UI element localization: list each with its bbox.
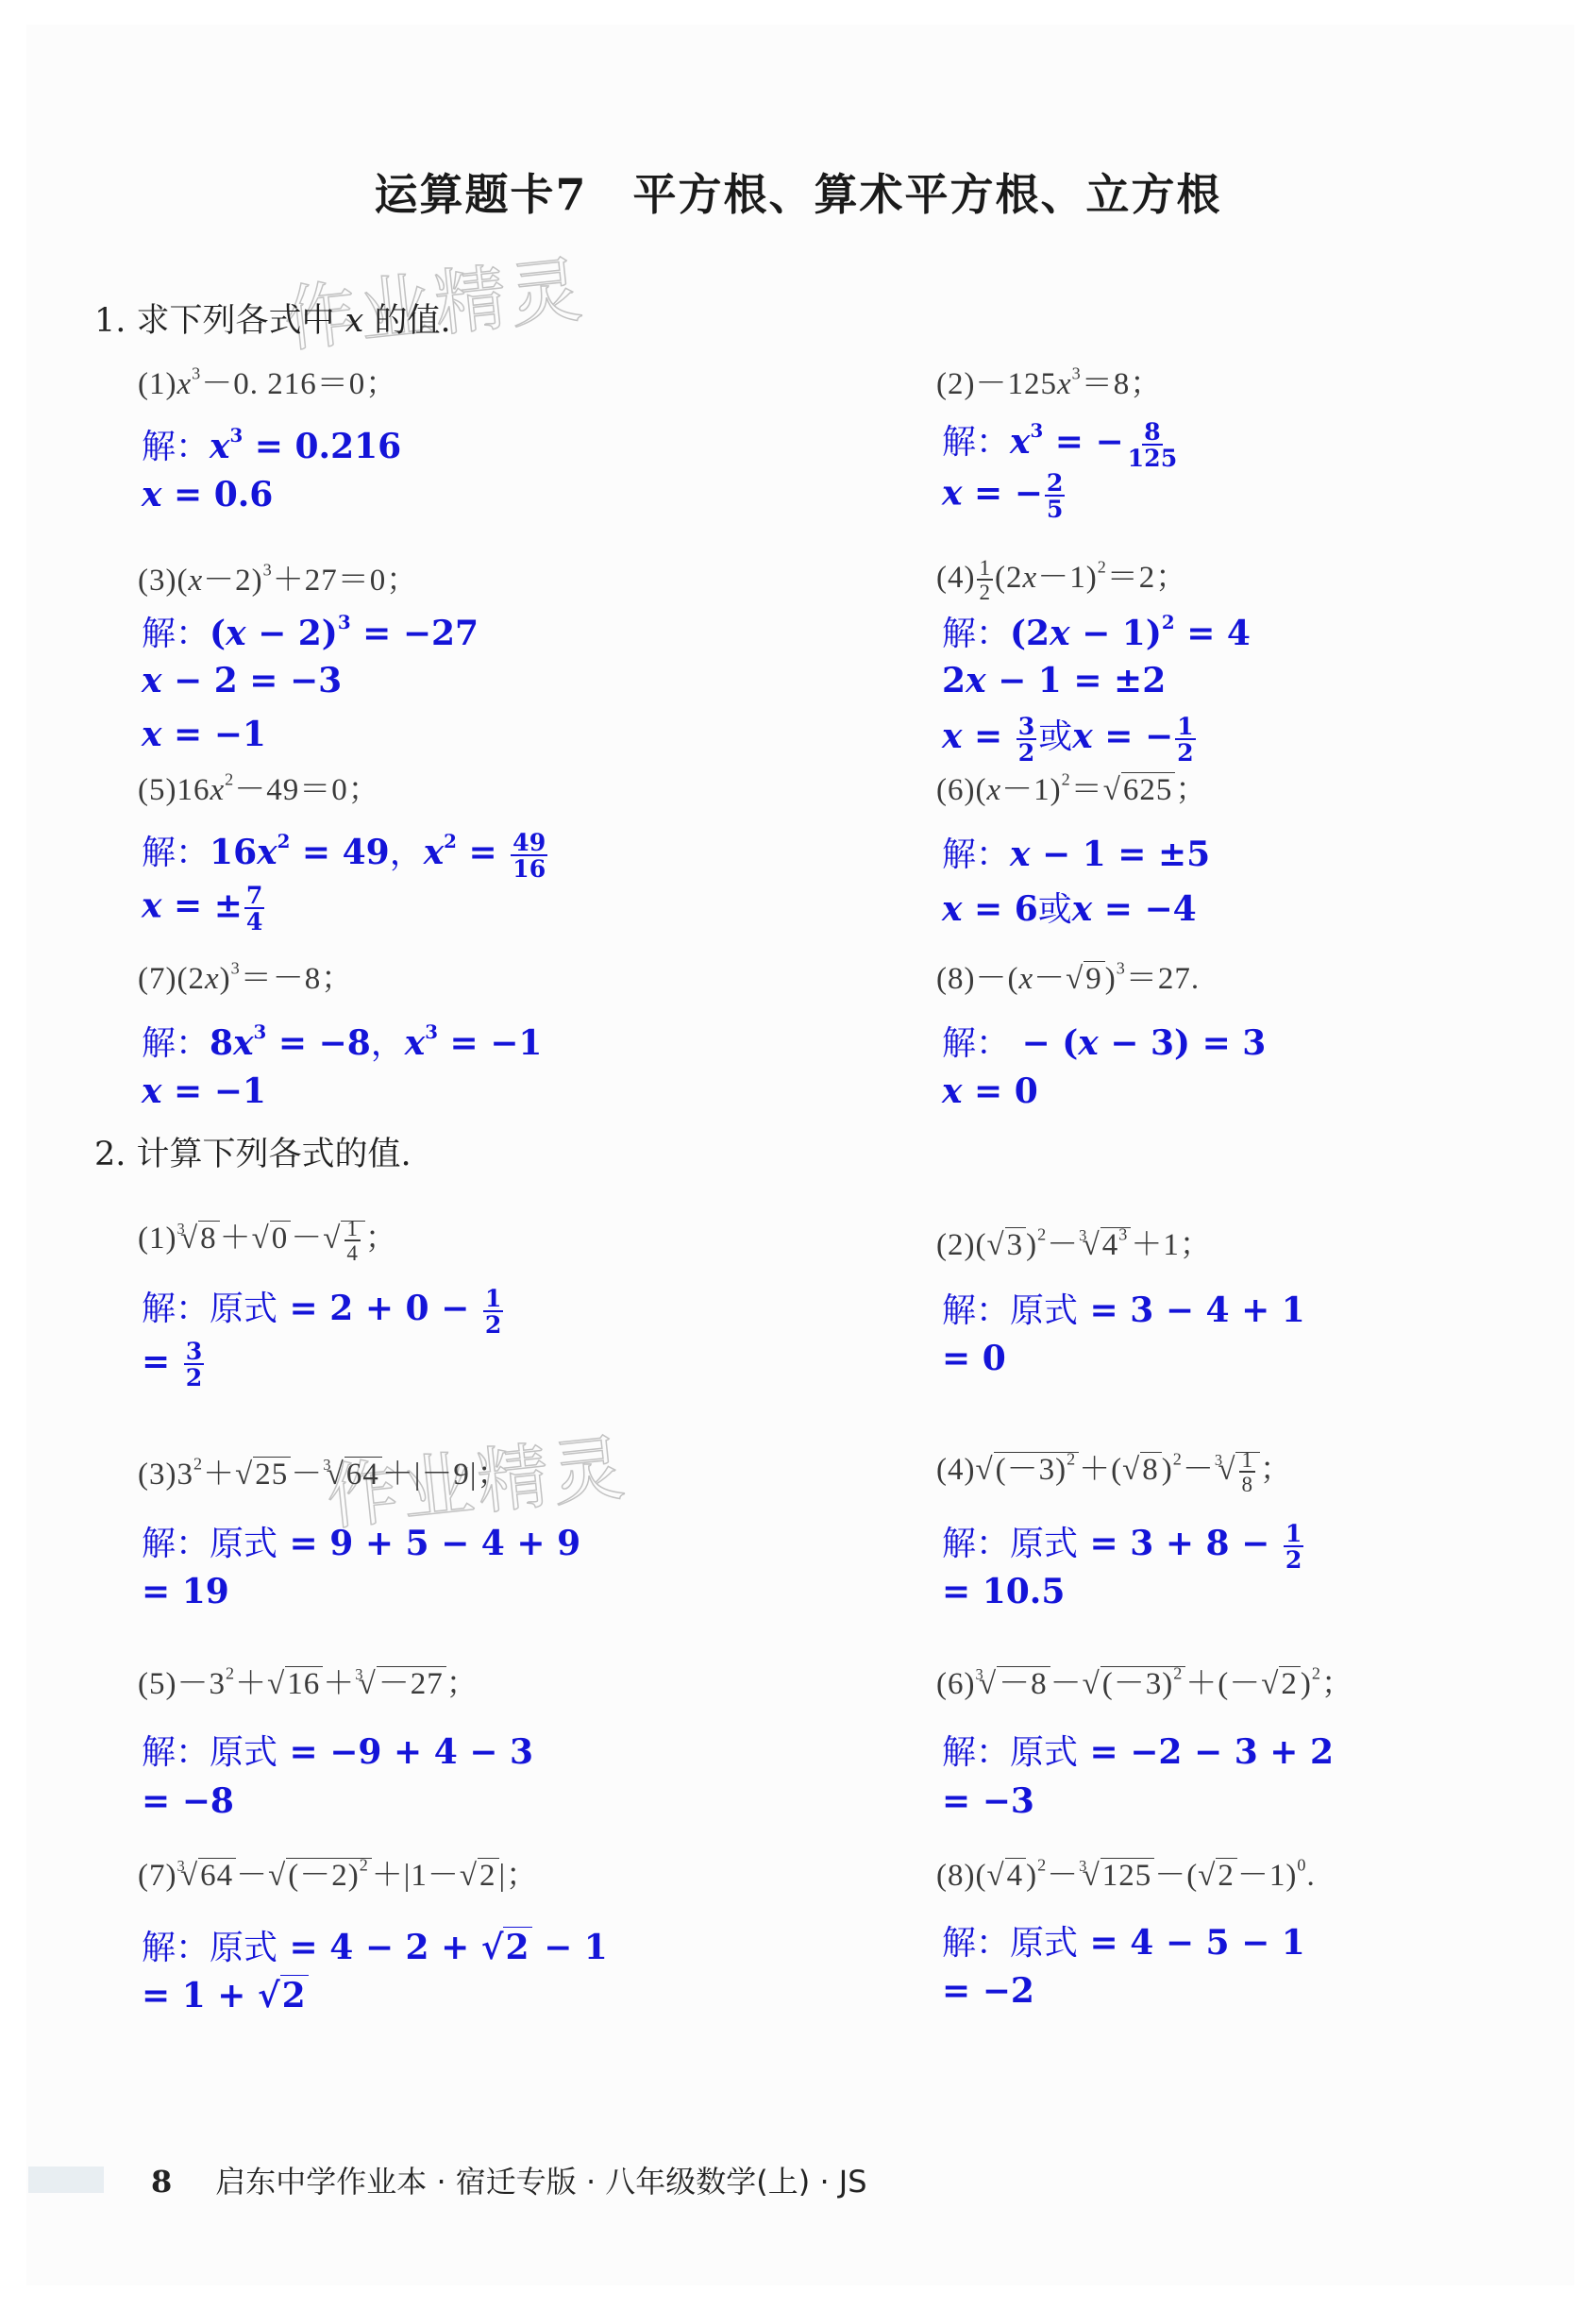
problem-1-8-answer-line-1: 解： − (x − 3) = 3 xyxy=(942,1017,1266,1065)
page-footer: 8启东中学作业本 · 宿迁专版 · 八年级数学(上) · JS xyxy=(151,2158,867,2201)
problem-2-7-question: (7)3√64－√(－2)2＋|1－√2|； xyxy=(138,1850,538,1895)
problem-2-1-answer-line-1: 解：原式 = 2 + 0 − 12 xyxy=(142,1282,505,1337)
footer-text: 启东中学作业本 · 宿迁专版 · 八年级数学(上) · JS xyxy=(215,2164,866,2200)
problem-1-8-question: (8)－(x－√9)3＝27. xyxy=(936,953,1200,998)
problem-2-1-answer-line-2: = 32 xyxy=(142,1339,206,1391)
problem-1-4-answer-line-2: 2x − 1 = ±2 xyxy=(942,661,1166,700)
problem-1-6-answer-line-2: x = 6或x = −4 xyxy=(942,883,1197,931)
problem-2-2-answer-line-2: = 0 xyxy=(942,1339,1006,1378)
problem-1-1-question: (1)x3－0. 216＝0； xyxy=(138,359,397,403)
problem-1-3-answer-line-3: x = −1 xyxy=(142,715,266,754)
problem-1-2-answer-line-1: 解：x3 = −8125 xyxy=(942,415,1181,470)
problem-1-5-question: (5)16x2－49＝0； xyxy=(138,765,380,809)
problem-2-3-question: (3)32＋√25－3√64＋|－9|； xyxy=(138,1449,510,1493)
problem-1-3-answer-line-2: x − 2 = −3 xyxy=(142,661,342,700)
problem-1-8-answer-line-2: x = 0 xyxy=(942,1071,1038,1111)
problem-1-4-answer-line-1: 解：(2x − 1)2 = 4 xyxy=(942,607,1251,655)
problem-2-6-answer-line-1: 解：原式 = −2 − 3 + 2 xyxy=(942,1726,1334,1774)
section-2-heading: 2. 计算下列各式的值. xyxy=(94,1128,412,1175)
problem-1-2-question: (2)－125x3＝8； xyxy=(936,359,1162,403)
problem-2-5-answer-line-1: 解：原式 = −9 + 4 − 3 xyxy=(142,1726,533,1774)
problem-1-6-question: (6)(x－1)2＝√625； xyxy=(936,765,1207,809)
page-title: 运算题卡7 平方根、算术平方根、立方根 xyxy=(0,160,1596,223)
problem-2-8-answer-line-2: = −2 xyxy=(942,1971,1034,2011)
problem-2-6-answer-line-2: = −3 xyxy=(942,1781,1034,1821)
problem-1-4-answer-line-3: x = 32或x = −12 xyxy=(942,710,1198,765)
problem-2-4-question: (4)√(－3)2＋(√8)2－3√18； xyxy=(936,1444,1292,1496)
problem-2-4-answer-line-2: = 10.5 xyxy=(942,1572,1065,1611)
problem-2-4-answer-line-1: 解：原式 = 3 + 8 − 12 xyxy=(942,1517,1305,1572)
problem-1-4-question: (4)12(2x－1)2＝2； xyxy=(936,552,1187,604)
problem-2-5-answer-line-2: = −8 xyxy=(142,1781,234,1821)
problem-2-3-answer-line-2: = 19 xyxy=(142,1572,229,1611)
problem-2-2-question: (2)(√3)2－3√43＋1； xyxy=(936,1220,1212,1264)
problem-1-3-question: (3)(x－2)3＋27＝0； xyxy=(138,555,418,599)
section-1-heading: 1. 求下列各式中 x 的值. xyxy=(94,295,451,342)
problem-1-5-answer-line-2: x = ±74 xyxy=(142,883,266,935)
problem-1-5-answer-line-1: 解：16x2 = 49，x2 = 4916 xyxy=(142,826,549,881)
page-number: 8 xyxy=(151,2164,172,2200)
problem-2-2-answer-line-1: 解：原式 = 3 − 4 + 1 xyxy=(942,1284,1305,1332)
problem-1-3-answer-line-1: 解：(x − 2)3 = −27 xyxy=(142,607,479,655)
problem-1-6-answer-line-1: 解：x − 1 = ±5 xyxy=(942,828,1210,876)
problem-2-5-question: (5)－32＋√16＋3√－27； xyxy=(138,1659,479,1703)
problem-1-1-answer-line-2: x = 0.6 xyxy=(142,475,273,514)
problem-2-6-question: (6)3√－8－√(－3)2＋(－√2)2； xyxy=(936,1659,1353,1703)
footer-mark xyxy=(28,2167,104,2193)
problem-2-7-answer-line-1: 解：原式 = 4 − 2 + √2 − 1 xyxy=(142,1921,608,1969)
problem-2-3-answer-line-1: 解：原式 = 9 + 5 − 4 + 9 xyxy=(142,1517,580,1565)
problem-2-7-answer-line-2: = 1 + √2 xyxy=(142,1976,309,2015)
problem-2-8-question: (8)(√4)2－3√125－(√2－1)0. xyxy=(936,1850,1316,1895)
problem-2-1-question: (1)3√8＋√0－√14； xyxy=(138,1213,397,1265)
problem-1-7-question: (7)(2x)3＝－8； xyxy=(138,953,353,998)
problem-1-2-answer-line-2: x = −25 xyxy=(942,470,1067,522)
problem-1-7-answer-line-2: x = −1 xyxy=(142,1071,266,1111)
problem-1-1-answer-line-1: 解：x3 = 0.216 xyxy=(142,420,401,468)
problem-1-7-answer-line-1: 解：8x3 = −8，x3 = −1 xyxy=(142,1017,542,1065)
problem-2-8-answer-line-1: 解：原式 = 4 − 5 − 1 xyxy=(942,1916,1305,1964)
